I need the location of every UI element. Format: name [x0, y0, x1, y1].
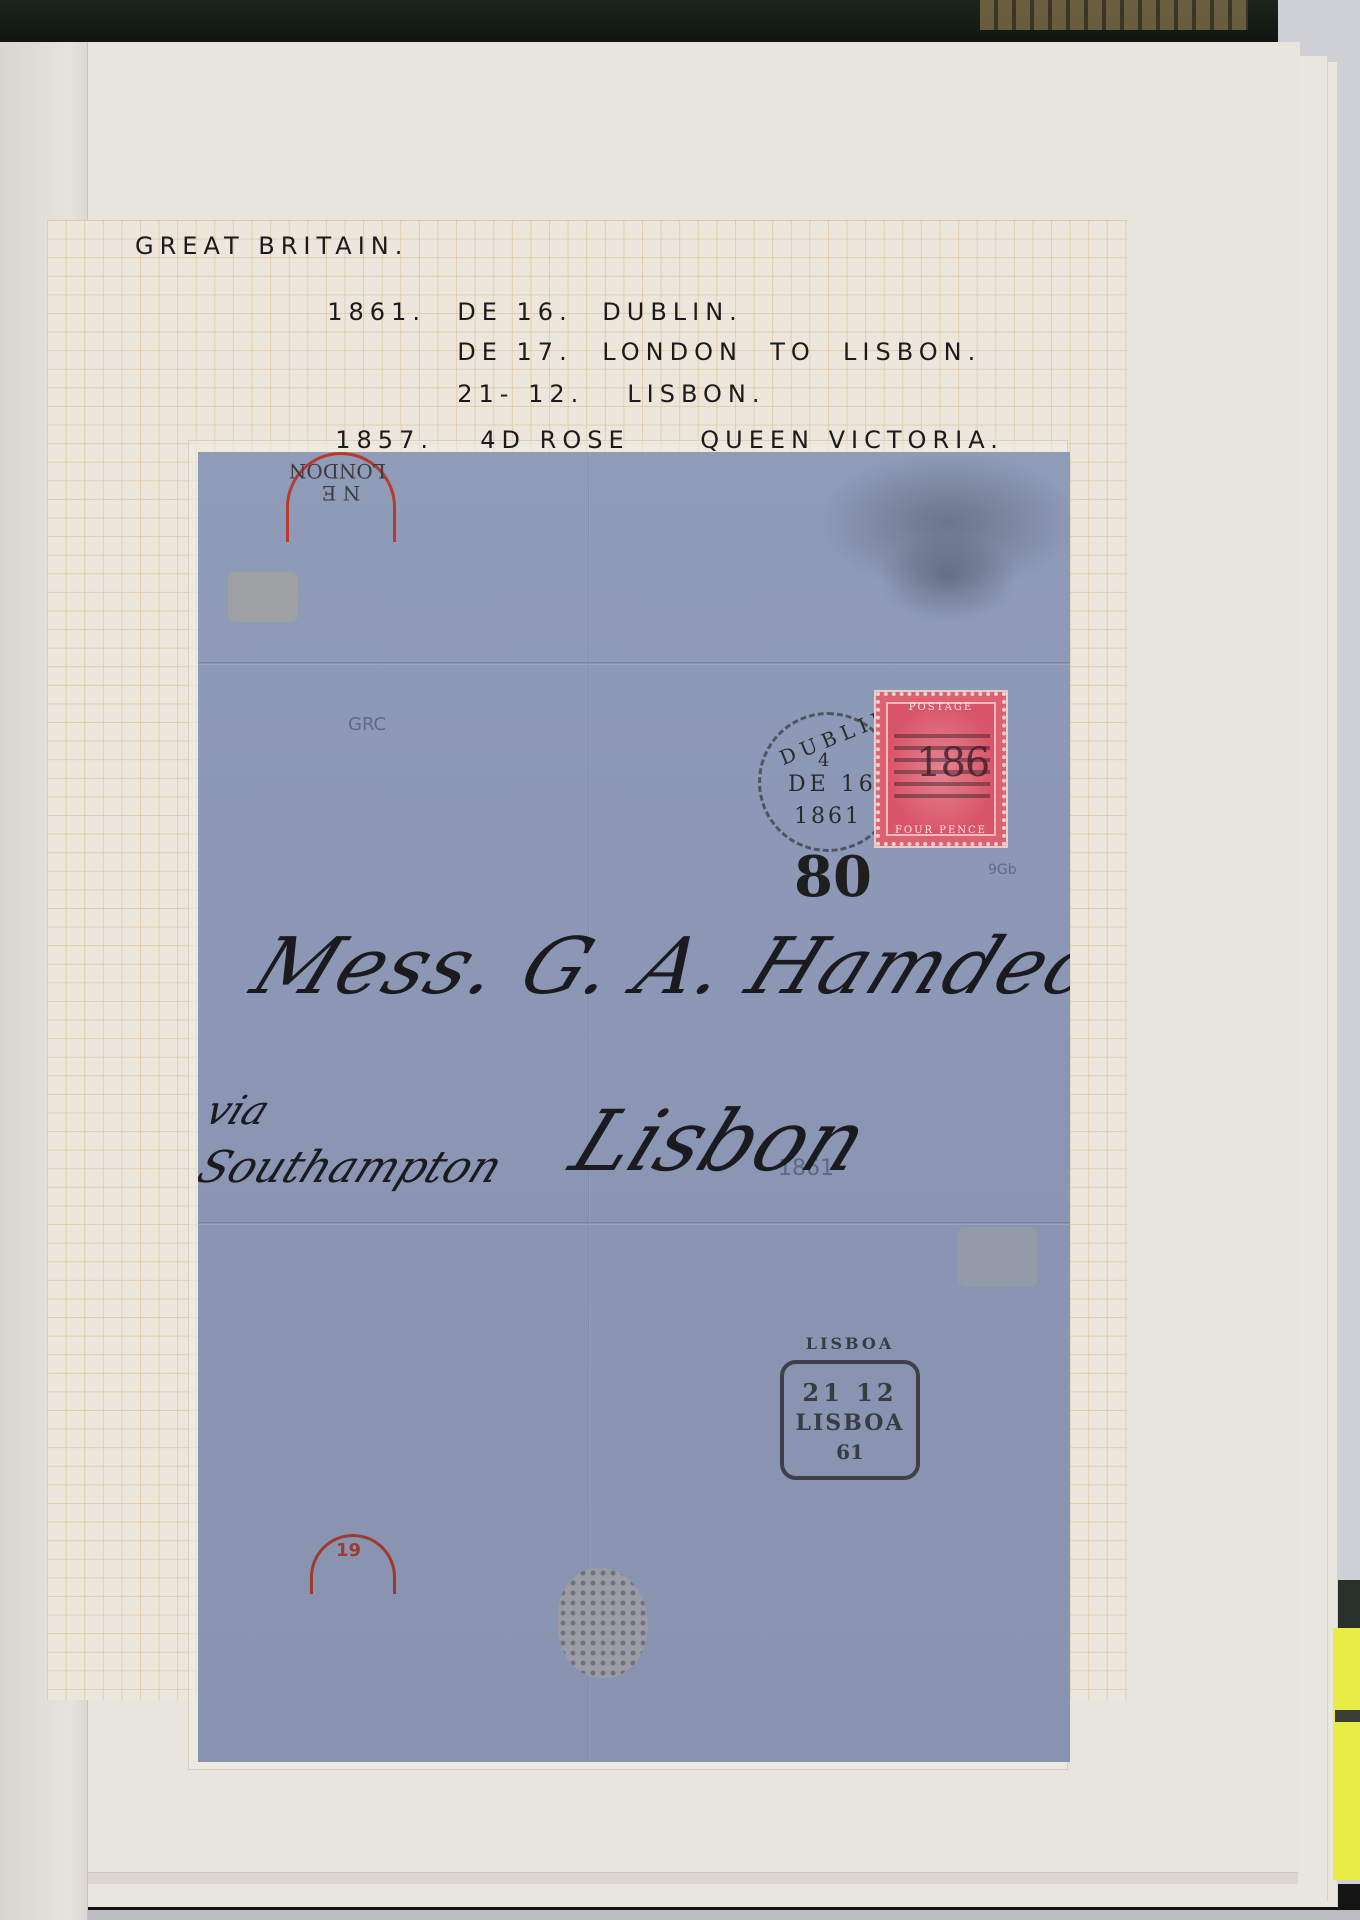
lisbon-receiver-year: 61 [780, 1440, 920, 1464]
london-postmark-line2: N E [296, 482, 386, 504]
caption-country: GREAT BRITAIN. [135, 232, 408, 260]
entire-letter-cover: N E LONDON DUBLIN 4 DE 16 1861 POSTAGE 1… [198, 452, 1070, 1762]
page-bottom-edge [88, 1872, 1298, 1884]
postage-stamp-4d-rose: POSTAGE 186 FOUR PENCE [876, 692, 1006, 846]
tab-gap [1335, 1710, 1360, 1722]
london-postmark-line1: LONDON [296, 460, 386, 482]
london-postmark-text: N E LONDON [296, 460, 386, 504]
binder-texture [980, 0, 1248, 30]
caption-line-4: 1857.4D ROSEQUEEN VICTORIA. [308, 398, 1004, 454]
charge-mark: 80 [794, 844, 872, 910]
hinge-mark [228, 572, 298, 622]
hinge-mark [958, 1227, 1038, 1287]
stamp-top-text: POSTAGE [880, 702, 1002, 713]
page-index-tab [1333, 1628, 1360, 1880]
caption-stamp-desc: 4D ROSE [480, 426, 700, 454]
duplex-cancel-number: 186 [916, 740, 989, 786]
manuscript-city: Lisbon [558, 1092, 882, 1190]
dublin-postmark-date: DE 16 [788, 772, 877, 797]
pencil-note: GRC [348, 714, 386, 735]
manuscript-addressee: Mess. G. A. Hamdeck & Co. [240, 922, 1070, 1012]
dublin-postmark-code: 4 [818, 750, 829, 771]
fold-line-vertical [588, 452, 590, 1762]
stamp-value-text: FOUR PENCE [880, 825, 1002, 836]
red-arc-number: 19 [336, 1540, 361, 1561]
fold-line [198, 1222, 1070, 1225]
pencil-note: 9Gb [988, 862, 1017, 878]
caption-event: QUEEN VICTORIA. [700, 426, 1004, 454]
background-surface-bottom [80, 1910, 1360, 1920]
manuscript-routing-port: Southampton [198, 1142, 510, 1193]
manuscript-routing-via: via [199, 1088, 277, 1134]
wax-seal-remnant [558, 1568, 648, 1678]
lisbon-receiver-date: 21 12 [780, 1378, 920, 1407]
fold-line [198, 662, 1070, 665]
postmark-smudge [878, 532, 1018, 622]
lisbon-receiver-town: LISBOA [780, 1410, 920, 1436]
dublin-postmark-year: 1861 [794, 804, 862, 829]
caption-year: 1857. [335, 426, 480, 454]
lisbon-receiver-top: LISBOA [780, 1334, 920, 1353]
